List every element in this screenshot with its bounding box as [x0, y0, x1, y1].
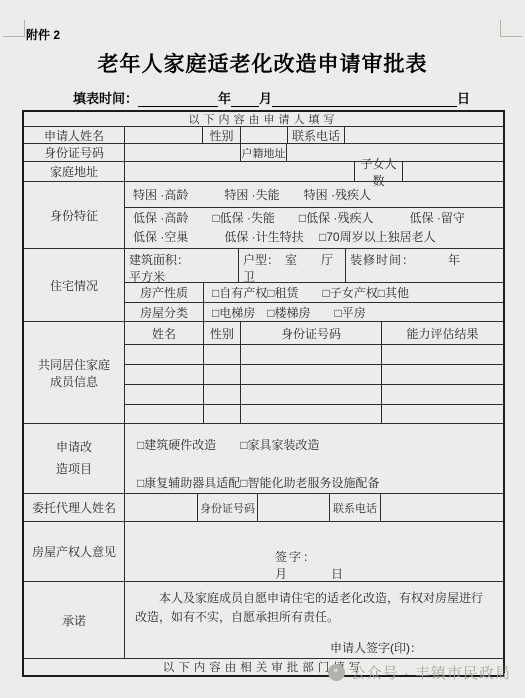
- house-class-options: □电梯房 □楼梯房 □平房: [203, 303, 503, 321]
- member-name-cell: [125, 345, 203, 364]
- member-id-cell: [240, 345, 381, 364]
- fill-date-year-label: 年: [218, 88, 231, 107]
- member-row: [125, 384, 503, 404]
- member-ability-cell: [381, 385, 503, 404]
- home-address-label: 家庭地址: [24, 162, 124, 181]
- children-count-label: 子女人数: [354, 162, 402, 181]
- commitment-label: 承诺: [24, 582, 124, 658]
- renovation-items-label: 申请改 造项目: [24, 424, 124, 493]
- id-number-field: [124, 144, 240, 161]
- identity-traits-dibao-line1: 低保 ·高龄 □低保 ·失能 □低保 ·残疾人 低保 ·留守: [133, 209, 503, 228]
- identity-traits-dibao-options: 低保 ·高龄 □低保 ·失能 □低保 ·残疾人 低保 ·留守 低保 ·空巢 低保…: [125, 207, 503, 248]
- page-corner-mark-right: [500, 20, 522, 37]
- home-address-field: [124, 162, 354, 181]
- renovation-option-line2: □康复辅助器具适配□智能化助老服务设施配备: [137, 474, 380, 491]
- form-document-page: 附件 2 老年人家庭适老化改造申请审批表 填表时间： 年 月 日 以下内容由申请…: [0, 0, 525, 698]
- member-ability-cell: [381, 365, 503, 384]
- registered-address-label: 户籍地址: [240, 144, 286, 161]
- row-home-address: 家庭地址 子女人数: [24, 161, 503, 181]
- fill-date-year-blank: [138, 93, 218, 107]
- member-row: [125, 404, 503, 423]
- page-title: 老年人家庭适老化改造申请审批表: [0, 48, 525, 78]
- children-count-field: [402, 162, 503, 181]
- applicant-signature-label: 申请人签字(印)：: [125, 639, 503, 656]
- member-row: [125, 344, 503, 364]
- member-gender-cell: [203, 345, 240, 364]
- house-class-label: 房屋分类: [125, 303, 203, 321]
- member-name-cell: [125, 405, 203, 423]
- property-nature-options: □自有产权□租赁 □子女产权□其他: [203, 283, 503, 302]
- housing-label: 住宅情况: [24, 249, 124, 321]
- row-commitment: 承诺 本人及家庭成员自愿申请住宅的适老化改造，有权对房屋进行改造，如有不实，自愿…: [24, 581, 503, 658]
- row-identity-traits: 身份特征 特困 ·高龄 特困 ·失能 特困 ·残疾人 低保 ·高龄 □低保 ·失…: [24, 181, 503, 248]
- fill-date-day-label: 日: [457, 88, 470, 107]
- member-id-cell: [240, 365, 381, 384]
- cohabitants-label: 共同居住家庭 成员信息: [24, 322, 124, 423]
- agent-id-label: 身份证号码: [197, 494, 257, 521]
- applicant-name-field: [124, 127, 202, 143]
- member-ability-cell: [381, 345, 503, 364]
- row-renovation-items: 申请改 造项目 □建筑硬件改造 □家具家装改造 □康复辅助器具适配□智能化助老服…: [24, 423, 503, 493]
- fill-date-month-label: 月: [259, 88, 272, 107]
- member-ability-header: 能力评估结果: [381, 322, 503, 344]
- page-corner-mark-left: [3, 20, 25, 37]
- renovation-option-line1: □建筑硬件改造 □家具家装改造: [137, 436, 320, 453]
- unit-type-field: 户型： 室 厅 卫: [238, 249, 345, 282]
- section-header-applicant-text: 以下内容由申请人填写: [24, 112, 503, 126]
- identity-traits-dibao-line2: 低保 ·空巢 低保 ·计生特扶 □70周岁以上独居老人: [133, 228, 503, 247]
- commitment-text: 本人及家庭成员自愿申请住宅的适老化改造，有权对房屋进行改造，如有不实，自愿承担所…: [125, 582, 503, 626]
- row-applicant: 申请人姓名 性别 联系电话: [24, 126, 503, 143]
- building-area-field: 建筑面积： 平方米: [125, 249, 238, 282]
- agent-name-label: 委托代理人姓名: [24, 494, 124, 521]
- row-housing: 住宅情况 建筑面积： 平方米 户型： 室 厅 卫 装修时间： 年 房产性质 □自…: [24, 248, 503, 321]
- member-row: [125, 364, 503, 384]
- member-gender-header: 性别: [203, 322, 240, 344]
- renovation-time-field: 装修时间： 年: [345, 249, 503, 282]
- property-nature-label: 房产性质: [125, 283, 203, 302]
- gender-label: 性别: [202, 127, 240, 143]
- wechat-official-account-icon: ❝: [328, 664, 345, 681]
- identity-traits-label: 身份特征: [24, 182, 124, 248]
- phone-field: [344, 127, 503, 143]
- row-cohabitants: 共同居住家庭 成员信息 姓名 性别 身份证号码 能力评估结果: [24, 321, 503, 423]
- fill-date-month-blank: [231, 93, 259, 107]
- member-gender-cell: [203, 405, 240, 423]
- identity-traits-tekun-options: 特困 ·高龄 特困 ·失能 特困 ·残疾人: [125, 182, 503, 207]
- fill-date-line: 填表时间： 年 月 日: [73, 88, 470, 107]
- member-id-cell: [240, 405, 381, 423]
- watermark: ❝ 公众号 · 丰镇市民政局: [328, 662, 511, 683]
- agent-name-field: [124, 494, 197, 521]
- owner-opinion-label: 房屋产权人意见: [24, 522, 124, 581]
- row-agent: 委托代理人姓名 身份证号码 联系电话: [24, 493, 503, 521]
- member-name-header: 姓名: [125, 322, 203, 344]
- member-gender-cell: [203, 365, 240, 384]
- attachment-label: 附件 2: [26, 26, 60, 43]
- owner-sign-month-day: 月 日: [275, 565, 525, 582]
- fill-date-day-blank: [272, 93, 457, 107]
- watermark-text: 公众号 · 丰镇市民政局: [351, 662, 511, 683]
- member-name-cell: [125, 385, 203, 404]
- row-id-number: 身份证号码 户籍地址: [24, 143, 503, 161]
- owner-sign-label: 签字：: [275, 548, 317, 565]
- member-gender-cell: [203, 385, 240, 404]
- member-name-cell: [125, 365, 203, 384]
- agent-phone-label: 联系电话: [329, 494, 380, 521]
- application-form-table: 以下内容由申请人填写 申请人姓名 性别 联系电话 身份证号码 户籍地址 家庭地址…: [22, 110, 505, 677]
- owner-signature-block: 签字： 年 月 日: [275, 548, 525, 582]
- member-id-header: 身份证号码: [240, 322, 381, 344]
- row-owner-opinion: 房屋产权人意见 签字： 年 月 日: [24, 521, 503, 581]
- member-ability-cell: [381, 405, 503, 423]
- agent-phone-field: [380, 494, 503, 521]
- id-number-label: 身份证号码: [24, 144, 124, 161]
- gender-field: [240, 127, 287, 143]
- fill-date-label: 填表时间：: [73, 88, 138, 107]
- section-header-applicant: 以下内容由申请人填写: [24, 112, 503, 126]
- member-id-cell: [240, 385, 381, 404]
- applicant-name-label: 申请人姓名: [24, 127, 124, 143]
- phone-label: 联系电话: [287, 127, 344, 143]
- agent-id-field: [257, 494, 329, 521]
